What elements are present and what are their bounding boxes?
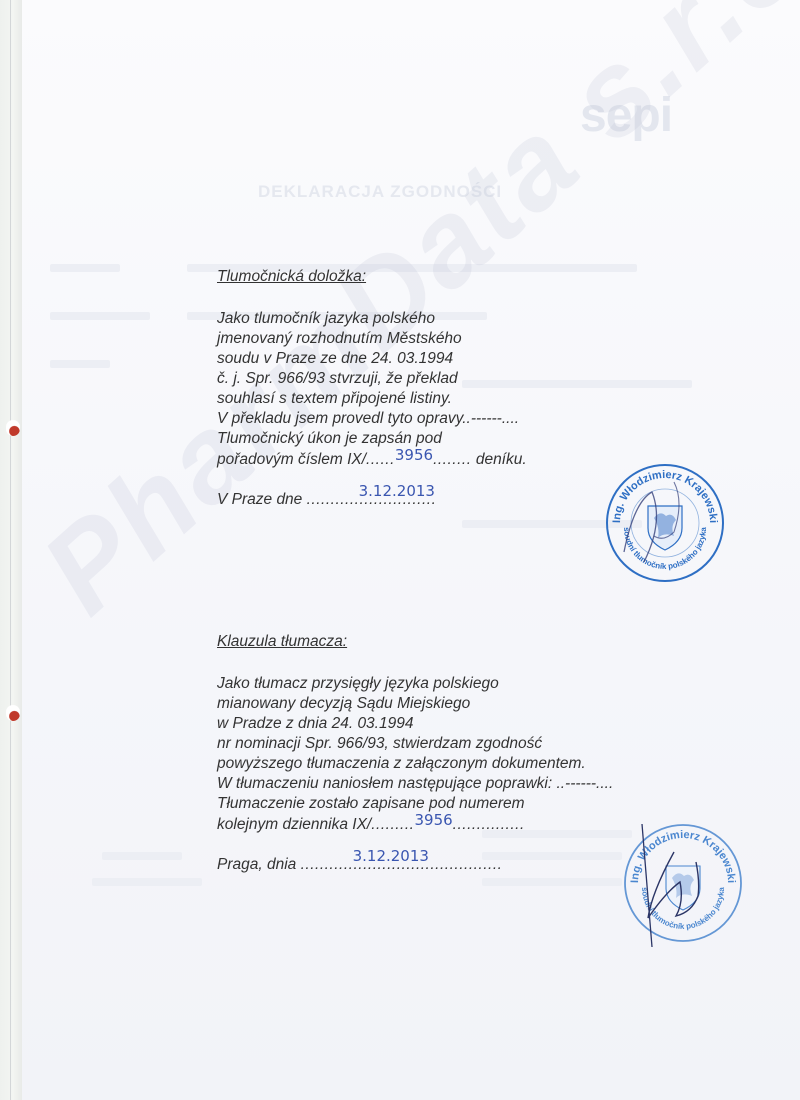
clause-line: powyższego tłumaczenia z załączonym doku… [217,754,613,774]
date-prefix: Praga, dnia [217,856,301,873]
binding-clip-icon [6,420,20,436]
date-prefix: V Praze dne [217,491,307,508]
czech-translator-clause: Tlumočnická doložka: Jako tlumočník jazy… [217,267,527,510]
binding-edge [0,0,23,1100]
clause-line: Jako tłumacz przysięgły języka polskiego [217,674,613,694]
clause-line: č. j. Spr. 966/93 stvrzuji, že překlad [217,369,527,389]
dots: ............... [453,816,525,833]
polish-clause-heading: Klauzula tłumacza: [217,632,613,652]
handwritten-date: 3.12.2013 [353,846,429,866]
ghost-line [50,312,150,320]
translator-stamp: Ing. Włodzimierz Krajewski soudní tlumoč… [622,822,744,944]
register-line: pořadovým číslem IX/......3956........ d… [217,449,527,470]
dots: ......... [371,816,414,833]
ghost-line [102,852,182,860]
dots: ...... [366,451,395,468]
binding-line [10,0,11,1100]
clause-line: soudu v Praze ze dne 24. 03.1994 [217,349,527,369]
clause-line: W tłumaczeniu naniosłem następujące popr… [217,774,613,794]
register-prefix: kolejnym dziennika IX/ [217,816,371,833]
clause-line: V překladu jsem provedl tyto opravy..---… [217,409,527,429]
register-prefix: pořadovým číslem IX/ [217,451,366,468]
clause-line: mianowany decyzją Sądu Miejskiego [217,694,613,714]
clause-line: w Pradze z dnia 24. 03.1994 [217,714,613,734]
register-suffix: deníku. [472,451,527,468]
ghost-line [482,878,622,886]
date-line: V Praze dne ........................... … [217,490,527,510]
clause-line: Jako tlumočník jazyka polského [217,309,527,329]
polish-translator-clause: Klauzula tłumacza: Jako tłumacz przysięg… [217,632,613,875]
clause-line: Tlumočnický úkon je zapsán pod [217,429,527,449]
clause-line: souhlasí s textem připojené listiny. [217,389,527,409]
binding-clip-icon [6,705,20,721]
handwritten-date: 3.12.2013 [359,481,435,501]
translator-stamp: Ing. Włodzimierz Krajewski soudní tlumoč… [604,462,726,584]
stamp-seal-icon: Ing. Włodzimierz Krajewski soudní tlumoč… [604,462,726,584]
clause-line: jmenovaný rozhodnutím Městského [217,329,527,349]
stamp-seal-icon: Ing. Włodzimierz Krajewski soudní tlumoč… [622,822,744,952]
czech-clause-heading: Tlumočnická doložka: [217,267,527,287]
ghost-line [50,264,120,272]
handwritten-register-number: 3956 [414,811,452,829]
dots: ........ [433,451,471,468]
register-line: kolejnym dziennika IX/.........3956.....… [217,814,613,835]
ghost-line [50,360,110,368]
ghost-line [92,878,202,886]
date-line: Praga, dnia ............................… [217,855,613,875]
clause-line: nr nominacji Spr. 966/93, stwierdzam zgo… [217,734,613,754]
handwritten-register-number: 3956 [395,446,433,464]
